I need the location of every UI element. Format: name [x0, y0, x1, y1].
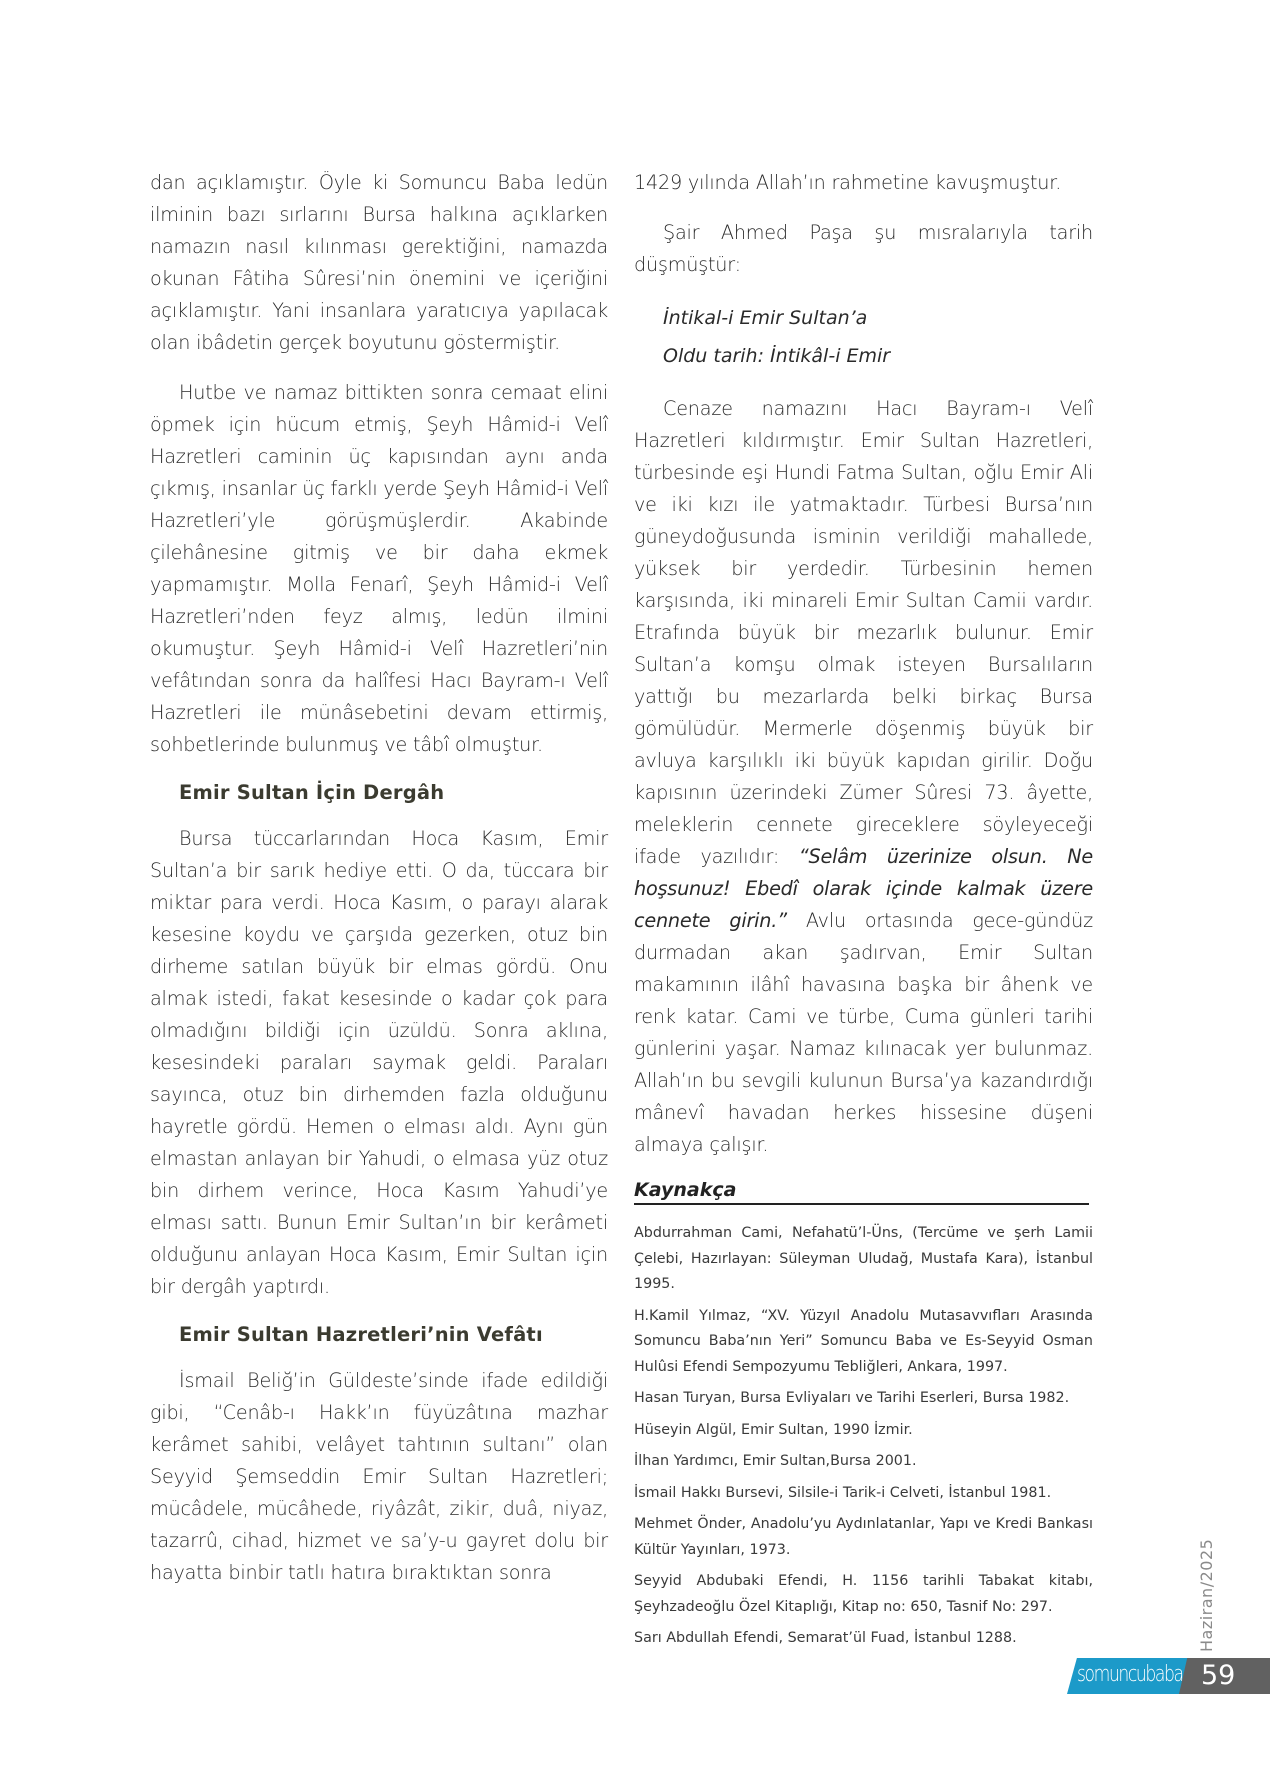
references-heading: Kaynakça — [634, 1179, 1089, 1205]
paragraph: dan açıklamıştır. Öyle ki Somuncu Baba l… — [150, 167, 608, 359]
paragraph-text: Cenaze namazını Hacı Bayram-ı Velî Hazre… — [634, 397, 1093, 868]
magazine-brand-band: somuncubaba — [1067, 1658, 1191, 1694]
paragraph: Şair Ahmed Paşa şu mısralarıyla tarih dü… — [634, 217, 1093, 281]
verse-line: İntikal-i Emir Sultan’a — [663, 299, 1093, 337]
reference-item: Seyyid Abdubaki Efendi, H. 1156 tarihli … — [634, 1569, 1093, 1620]
paragraph: 1429 yılında Allah’ın rahmetine kavuşmuş… — [634, 167, 1093, 199]
page-number-box: 59 — [1179, 1658, 1270, 1694]
reference-item: İlhan Yardımcı, Emir Sultan,Bursa 2001. — [634, 1449, 1093, 1475]
issue-date: Haziran/2025 — [1197, 1552, 1217, 1652]
reference-item: Abdurrahman Cami, Nefahatü’l-Üns, (Tercü… — [634, 1221, 1093, 1298]
reference-item: Hüseyin Algül, Emir Sultan, 1990 İzmir. — [634, 1418, 1093, 1444]
paragraph: İsmail Beliğ’in Güldeste’sinde ifade edi… — [150, 1365, 608, 1589]
references-list: Abdurrahman Cami, Nefahatü’l-Üns, (Tercü… — [634, 1221, 1093, 1652]
verse-block: İntikal-i Emir Sultan’a Oldu tarih: İnti… — [663, 299, 1093, 375]
paragraph: Bursa tüccarlarından Hoca Kasım, Emir Su… — [150, 823, 608, 1303]
section-heading: Emir Sultan Hazretleri’nin Vefâtı — [179, 1321, 608, 1349]
verse-line: Oldu tarih: İntikâl-i Emir — [663, 337, 1093, 375]
reference-item: Mehmet Önder, Anadolu’yu Aydınlatanlar, … — [634, 1512, 1093, 1563]
reference-item: Sarı Abdullah Efendi, Semarat’ül Fuad, İ… — [634, 1626, 1093, 1652]
paragraph: Cenaze namazını Hacı Bayram-ı Velî Hazre… — [634, 393, 1093, 1161]
page-number: 59 — [1201, 1660, 1235, 1691]
paragraph-text: Avlu ortasında gece-gündüz durmadan akan… — [634, 909, 1093, 1156]
reference-item: İsmail Hakkı Bursevi, Silsile-i Tarik-i … — [634, 1481, 1093, 1507]
paragraph: Hutbe ve namaz bittikten sonra cemaat el… — [150, 377, 608, 761]
brand-logo-text: somuncubaba — [1077, 1662, 1183, 1687]
section-heading: Emir Sultan İçin Dergâh — [179, 779, 608, 807]
reference-item: Hasan Turyan, Bursa Evliyaları ve Tarihi… — [634, 1386, 1093, 1412]
right-column: 1429 yılında Allah’ın rahmetine kavuşmuş… — [634, 167, 1093, 1658]
reference-item: H.Kamil Yılmaz, “XV. Yüzyıl Anadolu Muta… — [634, 1304, 1093, 1381]
left-column: dan açıklamıştır. Öyle ki Somuncu Baba l… — [150, 167, 608, 1607]
